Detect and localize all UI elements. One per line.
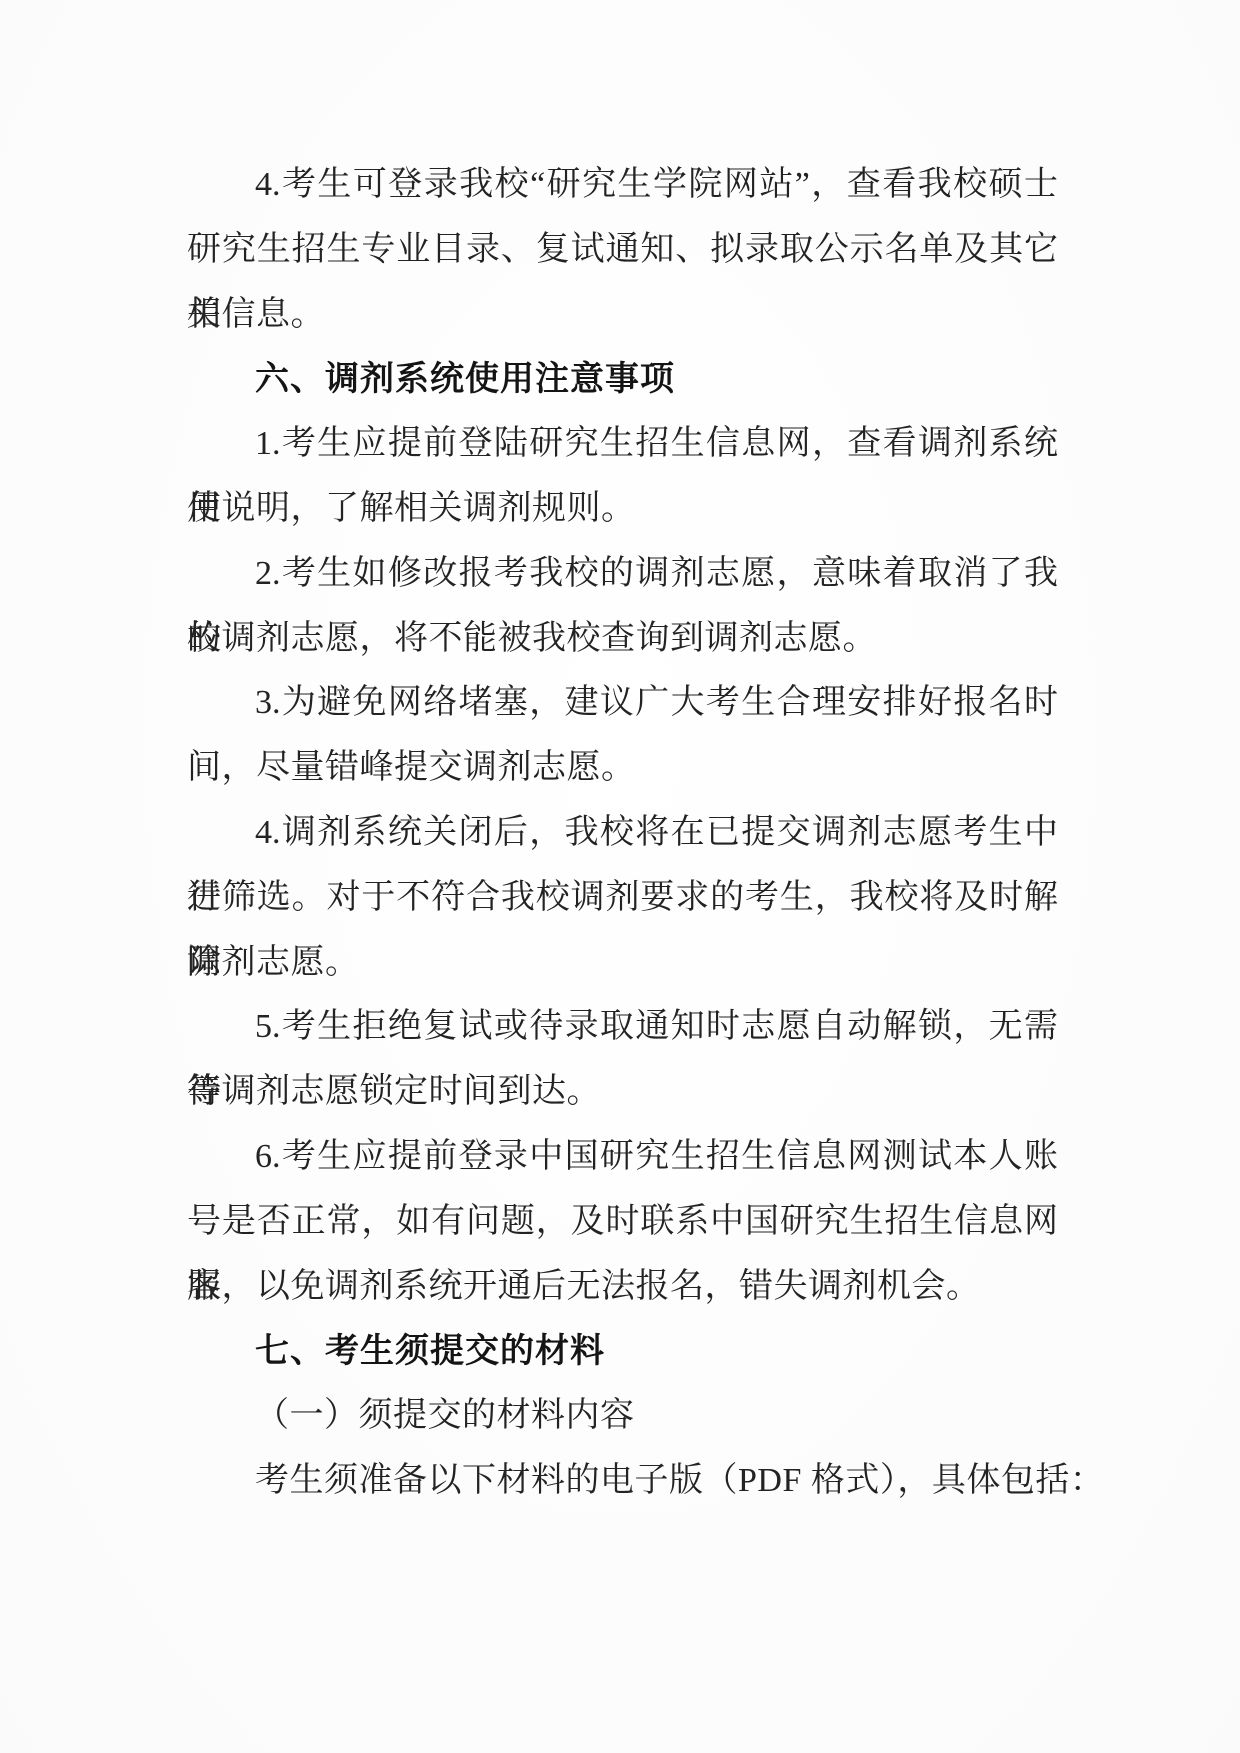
text-line: 的调剂志愿，将不能被我校查询到调剂志愿。 [187,607,1058,672]
text-line: 1.考生应提前登陆研究生招生信息网，查看调剂系统使 [187,412,1058,477]
text-line: 调剂志愿。 [187,931,1058,996]
document-page: 4.考生可登录我校“研究生学院网站”，查看我校硕士研究生招生专业目录、复试通知、… [0,0,1240,1753]
text-line: 研究生招生专业目录、复试通知、拟录取公示名单及其它相 [187,218,1058,283]
text-line: 6.考生应提前登录中国研究生招生信息网测试本人账 [187,1125,1058,1190]
text-line: 号是否正常，如有问题，及时联系中国研究生招生信息网客 [187,1190,1058,1255]
document-text-block: 4.考生可登录我校“研究生学院网站”，查看我校硕士研究生招生专业目录、复试通知、… [187,153,1058,1514]
section-heading: 六、调剂系统使用注意事项 [187,347,1058,412]
text-line: 间，尽量错峰提交调剂志愿。 [187,736,1058,801]
text-line: 4.考生可登录我校“研究生学院网站”，查看我校硕士 [187,153,1058,218]
text-line: 服，以免调剂系统开通后无法报名，错失调剂机会。 [187,1255,1058,1320]
text-line: 用说明，了解相关调剂规则。 [187,477,1058,542]
text-line: 5.考生拒绝复试或待录取通知时志愿自动解锁，无需等 [187,995,1058,1060]
text-line: 考生须准备以下材料的电子版（PDF 格式），具体包括： [187,1449,1058,1514]
text-line: 3.为避免网络堵塞，建议广大考生合理安排好报名时 [187,671,1058,736]
text-line: 2.考生如修改报考我校的调剂志愿，意味着取消了我校 [187,542,1058,607]
text-line: 行筛选。对于不符合我校调剂要求的考生，我校将及时解除 [187,866,1058,931]
text-line: 4.调剂系统关闭后，我校将在已提交调剂志愿考生中进 [187,801,1058,866]
text-line: （一）须提交的材料内容 [187,1384,1058,1449]
section-heading: 七、考生须提交的材料 [187,1319,1058,1384]
text-line: 关信息。 [187,283,1058,348]
text-line: 待调剂志愿锁定时间到达。 [187,1060,1058,1125]
